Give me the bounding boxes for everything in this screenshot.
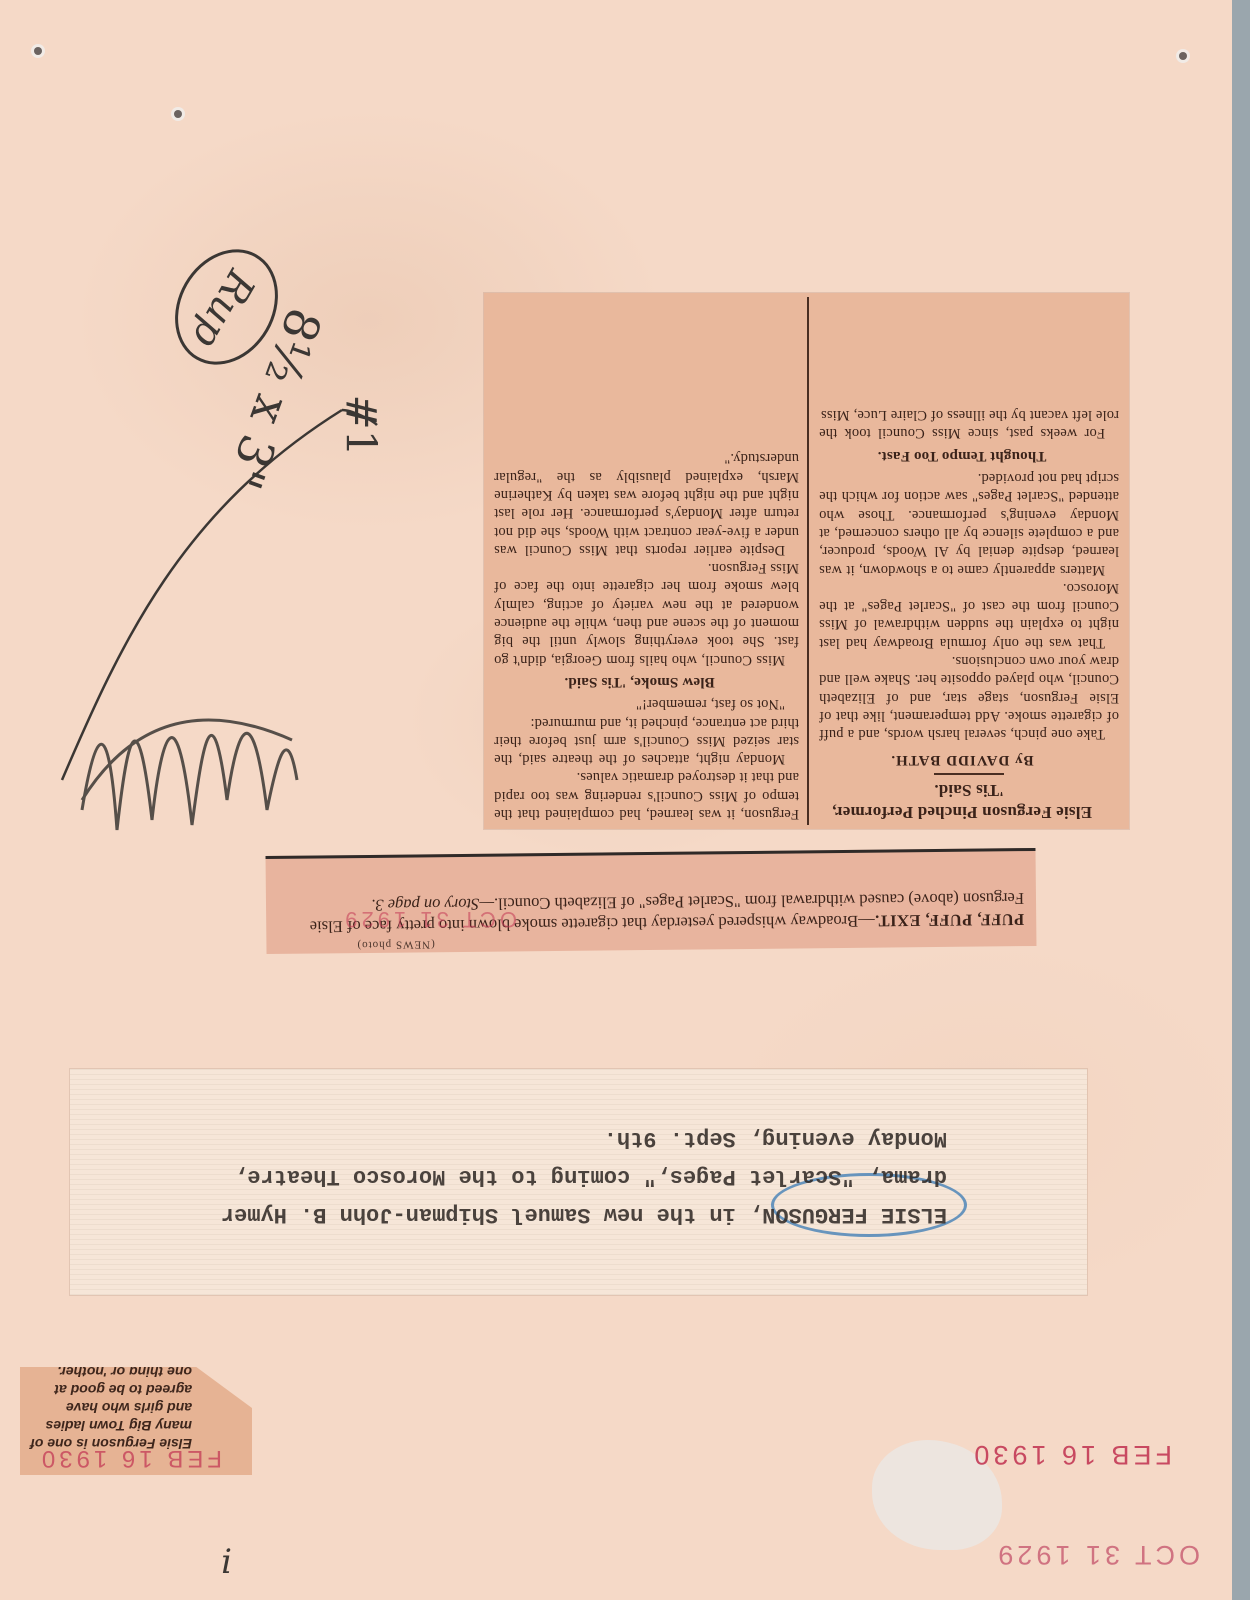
typed-line-3: Monday evening, Sept. 9th. <box>604 1126 947 1151</box>
typed-caption-text: ELSIE FERGUSON, in the new Samuel Shipma… <box>221 1119 947 1233</box>
photo-back-card: FEB 16 1930 OCT 31 1929 i Elsie Ferguson… <box>0 0 1232 1600</box>
column-rule <box>808 297 810 825</box>
pencil-crop-scribble <box>52 390 382 840</box>
article-subhead: Thought Tempo Too Fast. <box>819 446 1119 464</box>
article-quote: "Not so fast, remember!" <box>494 695 799 713</box>
date-stamp-feb: FEB 16 1930 <box>970 1439 1172 1470</box>
typed-line-2: drama, "Scarlet Pages," coming to the Mo… <box>234 1164 947 1189</box>
article-paragraph: Miss Council, who hails from Georgia, di… <box>494 559 799 669</box>
article-paragraph: Matters apparently came to a showdown, i… <box>819 469 1119 579</box>
article-column-left: Elsie Ferguson Pinched Performer, 'Tis S… <box>819 299 1119 823</box>
photo-credit: (NEWS photo) <box>356 938 434 951</box>
article-paragraph: Take one pinch, several harsh words, and… <box>819 652 1119 743</box>
article-paragraph: That was the only formula Broadway had l… <box>819 579 1119 652</box>
article-clipping: Elsie Ferguson Pinched Performer, 'Tis S… <box>484 293 1129 829</box>
article-byline: By DAVIDD BATH. <box>819 751 1119 769</box>
pencil-initial: i <box>221 1542 232 1582</box>
article-paragraph: For weeks past, since Miss Council took … <box>819 406 1119 443</box>
article-paragraph: Ferguson, it was learned, had complained… <box>494 768 799 823</box>
small-clipping-text: Elsie Ferguson is one of many Big Town l… <box>27 1363 192 1453</box>
article-paragraph: Monday night, attaches of the theatre sa… <box>494 713 799 768</box>
headline-rule <box>934 774 1004 776</box>
article-subhead: Blew Smoke, 'Tis Said. <box>494 673 799 691</box>
article-paragraph: Despite earlier reports that Miss Counci… <box>494 449 799 559</box>
date-stamp-small-clipping: FEB 16 1930 <box>38 1444 222 1472</box>
article-column-right: Ferguson, it was learned, had complained… <box>494 299 799 823</box>
article-headline: Elsie Ferguson Pinched Performer, 'Tis S… <box>819 779 1119 823</box>
date-stamp-caption: OCT 31 1929 <box>341 906 517 932</box>
pin-hole <box>1179 52 1187 60</box>
photo-caption-clipping: (NEWS photo) PUFF, PUFF, EXIT.—Broadway … <box>266 848 1037 954</box>
pin-hole <box>174 110 182 118</box>
typed-line-1: ELSIE FERGUSON, in the new Samuel Shipma… <box>221 1202 947 1227</box>
date-stamp-oct: OCT 31 1929 <box>994 1539 1200 1570</box>
caption-lead: PUFF, PUFF, EXIT. <box>875 910 1025 931</box>
pin-hole <box>34 47 42 55</box>
typed-caption-tissue: ELSIE FERGUSON, in the new Samuel Shipma… <box>70 1069 1087 1295</box>
